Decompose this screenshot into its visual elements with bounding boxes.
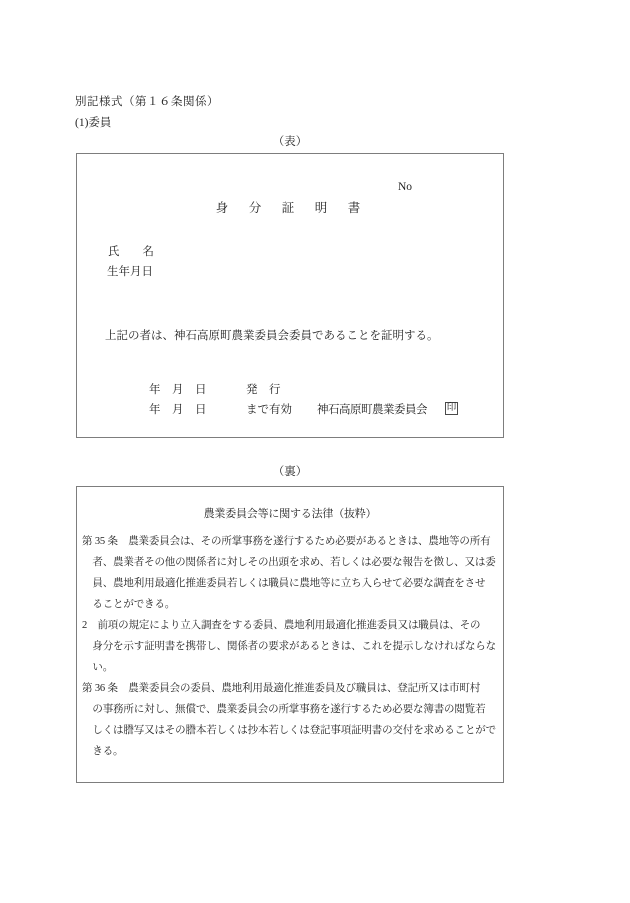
valid-until-date-blank: 年 月 日 bbox=[149, 404, 207, 417]
certification-text: 上記の者は、神石高原町農業委員会委員であることを証明する。 bbox=[105, 330, 439, 343]
law-excerpt-body: 第 35 条 農業委員会は、その所掌事務を遂行するため必要があるときは、農地等の… bbox=[82, 531, 496, 762]
item-number-label: (1)委員 bbox=[75, 117, 111, 130]
name-field-label: 氏 名 bbox=[108, 246, 154, 259]
birthdate-field-label: 生年月日 bbox=[107, 266, 153, 279]
seal-icon: 印 bbox=[445, 402, 458, 415]
law-excerpt-title: 農業委員会等に関する法律（抜粋） bbox=[77, 508, 503, 521]
back-side-caption: （裏） bbox=[76, 466, 504, 479]
document-page: 別記様式（第１６条関係） (1)委員 （表） No 身 分 証 明 書 氏 名 … bbox=[0, 0, 630, 903]
card-title: 身 分 証 明 書 bbox=[77, 201, 503, 215]
issue-label: 発 行 bbox=[246, 384, 281, 397]
form-style-label: 別記様式（第１６条関係） bbox=[75, 96, 219, 109]
card-number-label: No bbox=[398, 181, 412, 194]
valid-until-label: まで有効 bbox=[246, 404, 292, 417]
id-card-back: 農業委員会等に関する法律（抜粋） 第 35 条 農業委員会は、その所掌事務を遂行… bbox=[76, 486, 504, 783]
committee-name: 神石高原町農業委員会 bbox=[317, 404, 427, 417]
front-side-caption: （表） bbox=[76, 136, 504, 149]
issue-date-blank: 年 月 日 bbox=[149, 384, 207, 397]
id-card-front: No 身 分 証 明 書 氏 名 生年月日 上記の者は、神石高原町農業委員会委員… bbox=[76, 153, 504, 438]
